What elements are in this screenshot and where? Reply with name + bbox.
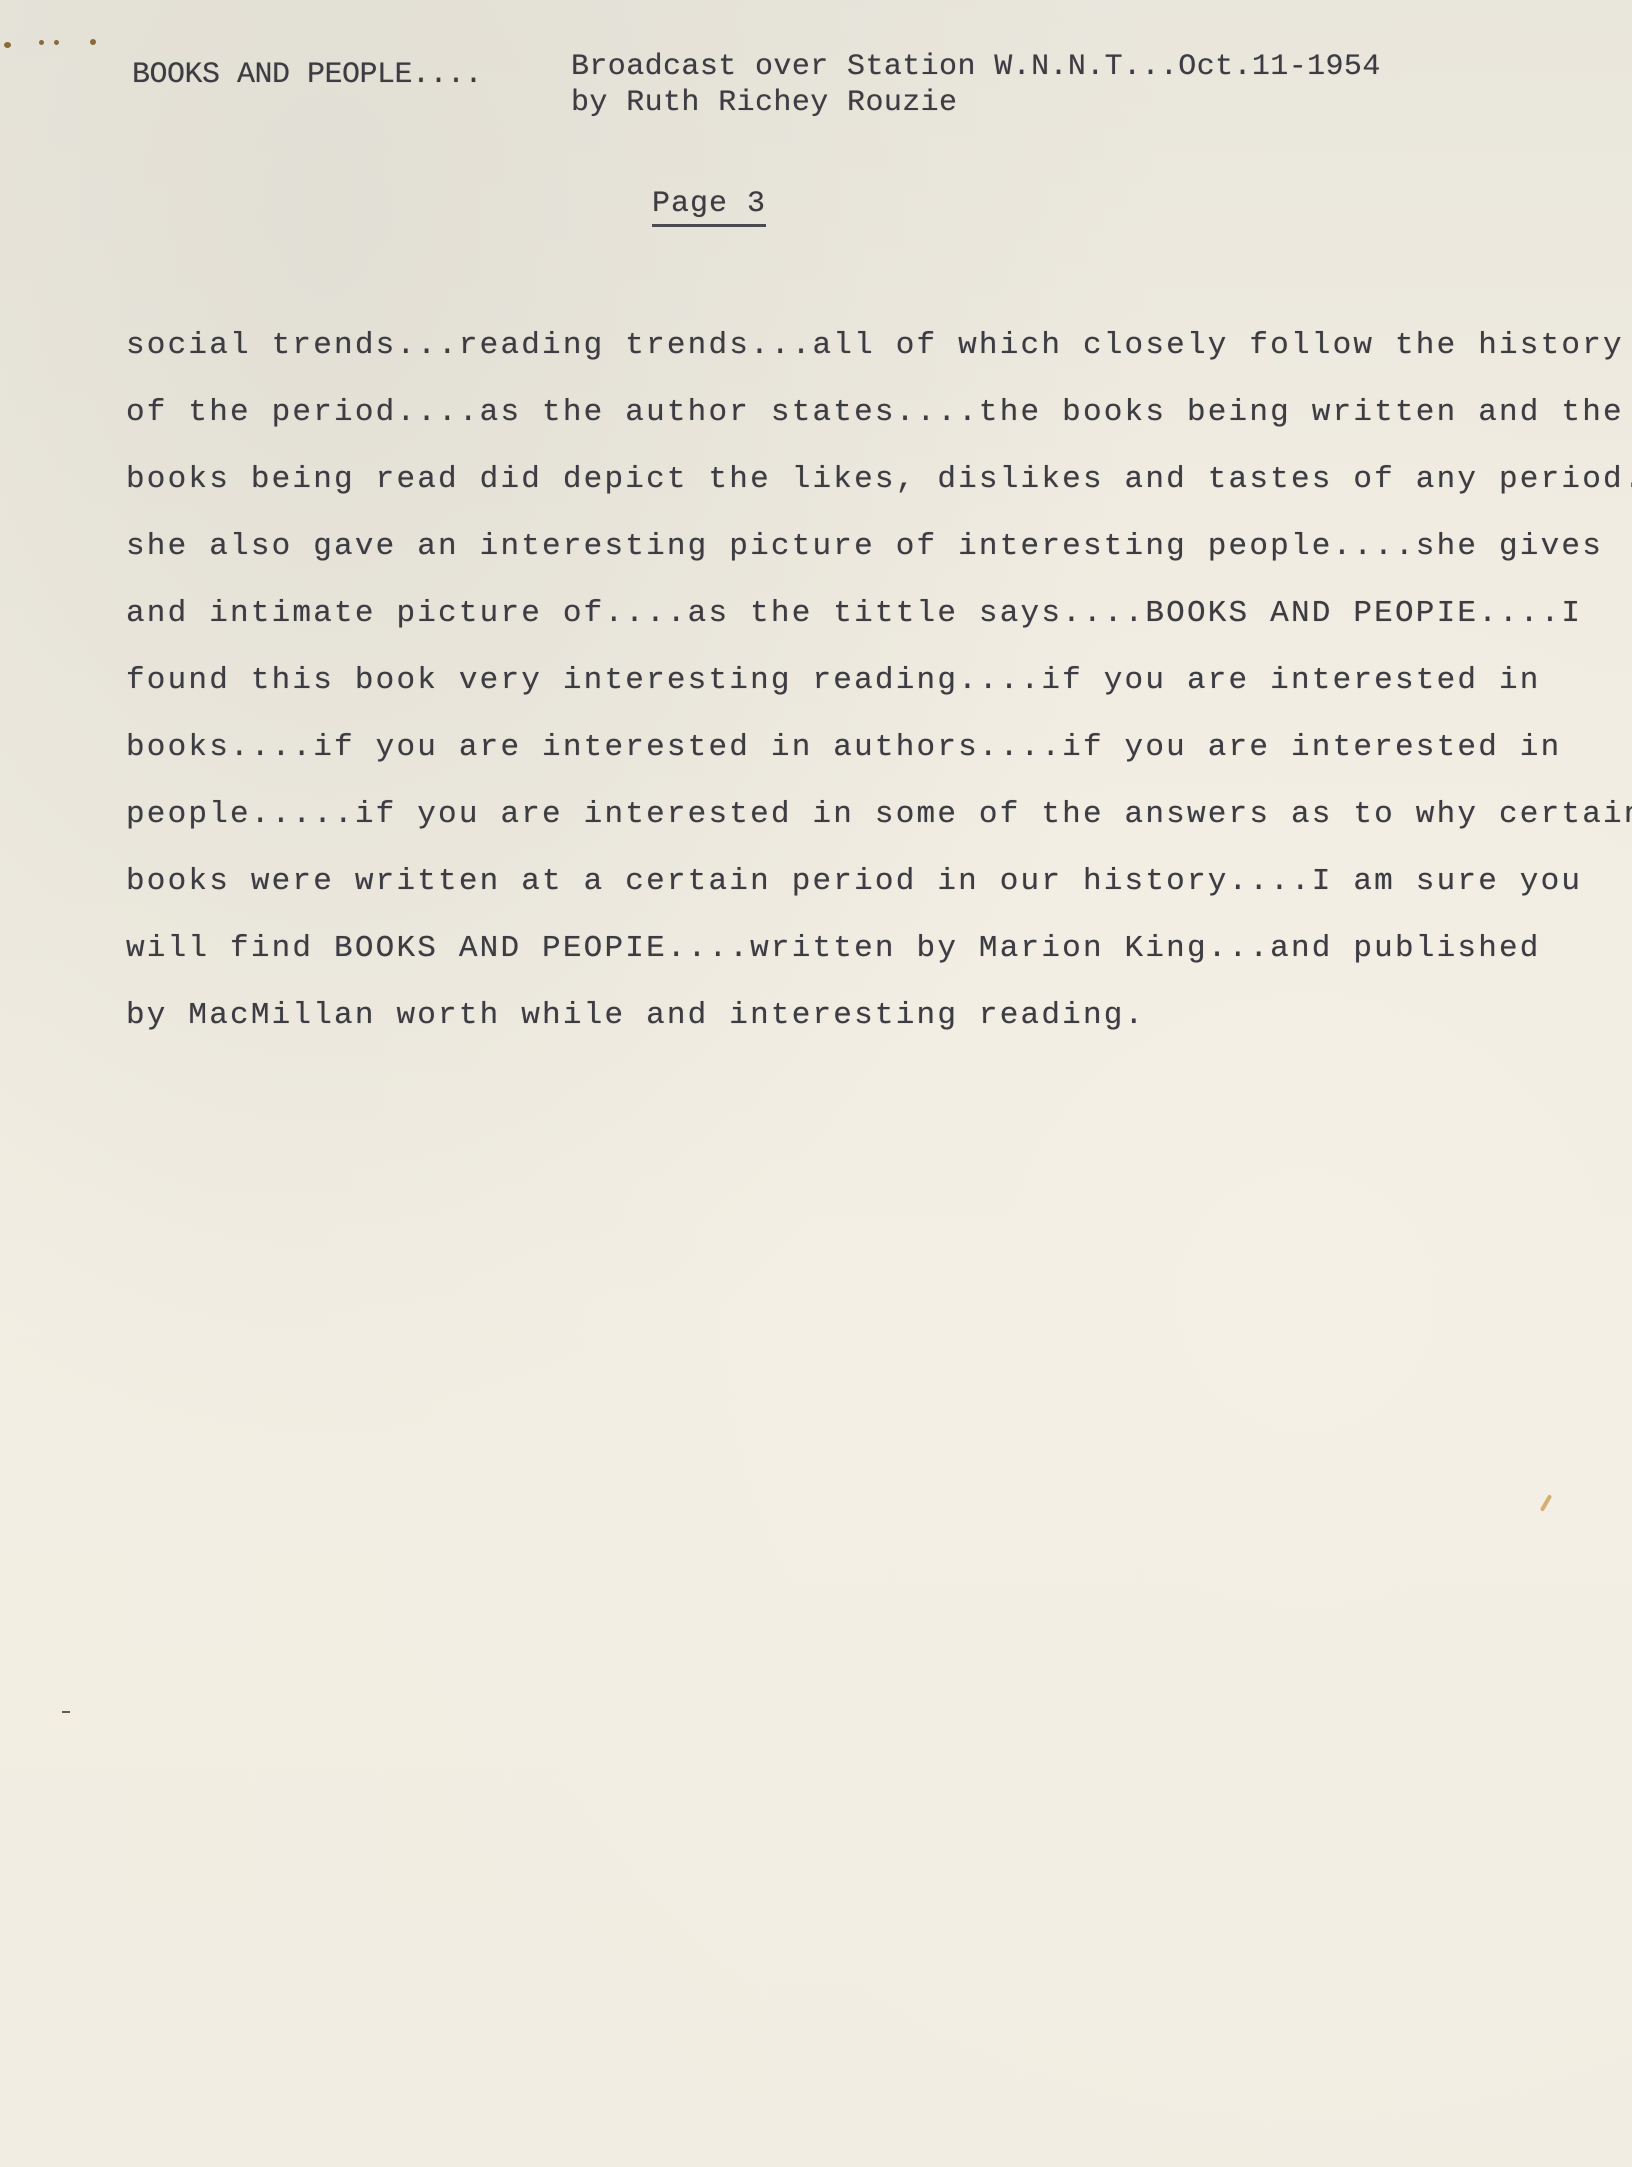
paper-speck [39,40,44,45]
paper-speck [54,40,59,45]
text-line: people.....if you are interested in some… [126,781,1606,848]
text-line: books being read did depict the likes, d… [126,446,1606,513]
text-line: social trends...reading trends...all of … [126,312,1606,379]
paper-speck [90,39,96,45]
broadcast-info: Broadcast over Station W.N.N.T...Oct.11-… [571,50,1381,84]
text-line: by MacMillan worth while and interesting… [126,982,1606,1049]
body-text: social trends...reading trends...all of … [126,312,1606,1049]
author-line: by Ruth Richey Rouzie [571,86,957,120]
paper-speck [4,42,11,48]
document-title: BOOKS AND PEOPLE.... [132,58,482,92]
text-line: she also gave an interesting picture of … [126,513,1606,580]
text-line: will find BOOKS AND PEOPIE....written by… [126,915,1606,982]
paper-mark [62,1711,70,1713]
text-line: books were written at a certain period i… [126,848,1606,915]
page-number: Page 3 [652,186,766,227]
paper-stain [1540,1494,1552,1512]
text-line: of the period....as the author states...… [126,379,1606,446]
text-line: and intimate picture of....as the tittle… [126,580,1606,647]
typewritten-page: BOOKS AND PEOPLE.... Broadcast over Stat… [0,0,1632,2167]
text-line: books....if you are interested in author… [126,714,1606,781]
text-line: found this book very interesting reading… [126,647,1606,714]
